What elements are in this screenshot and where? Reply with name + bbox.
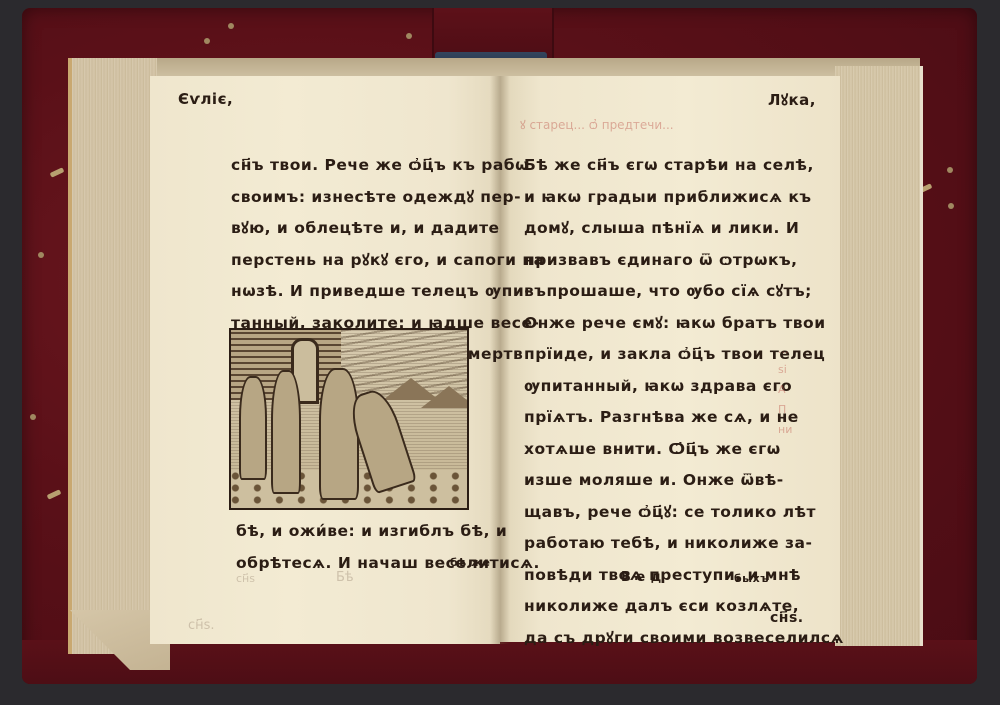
show-through-text: сн҃ѕ: [236, 572, 255, 585]
margin-ghost-line: ...: [778, 340, 792, 360]
left-text-bottom: бѣ, и ожи́ве: и изгиблъ бѣ, и обрѣтесѧ. …: [236, 516, 540, 579]
tack-icon: [947, 167, 953, 173]
text-line: въпрошаше, что ѹбо сїѧ сꙋтъ;: [524, 276, 844, 308]
book-top-edge: [72, 58, 920, 78]
text-line: прїиде, и закла ѻ҆ц҃ъ твои телец: [524, 339, 844, 371]
text-line: хотѧше внити. Ѻ҆ц҃ъ же єгѡ: [524, 434, 844, 466]
show-through-red-text: ꙋ старец... ѻ҆ предтечи...: [520, 116, 674, 133]
text-line: Онже рече ємꙋ: ꙗкѡ братъ твои: [524, 308, 844, 340]
woodcut-prodigal-son: [229, 328, 469, 510]
text-line: домꙋ, слыша пѣнїѧ и лики. И: [524, 213, 844, 245]
text-line: да съ дрꙋги своими возвеселилсѧ: [524, 623, 844, 655]
tack-icon: [38, 252, 44, 258]
text-line: сн҃ъ твои. Рече же ѻ҆ц҃ъ къ рабѡ: [231, 150, 545, 182]
margin-show-through: ... ѕі А П ни: [778, 340, 792, 440]
woodcut-figure: [239, 376, 267, 480]
text-line: прїѧтъ. Разгнѣва же сѧ, и не: [524, 402, 844, 434]
show-through-text: сн҃ѕ.: [188, 618, 215, 633]
right-catchword: быхъ: [734, 572, 769, 585]
text-line: нѡзѣ. И приведше телецъ ѹпи-: [231, 276, 545, 308]
tack-icon: [406, 33, 412, 39]
text-line: вꙋю, и облецѣте и, и дадите: [231, 213, 545, 245]
text-line: своимъ: изнесѣте одеждꙋ пер-: [231, 182, 545, 214]
velvet-spine-cover: [432, 8, 554, 58]
right-text: Бѣ же сн҃ъ єгѡ старѣи на селѣ, и ꙗкѡ гра…: [524, 150, 844, 654]
margin-ghost-line: П: [778, 400, 792, 420]
margin-ghost-line: А: [778, 380, 792, 400]
tack-icon: [228, 23, 234, 29]
left-running-header: Єѵліє,: [178, 90, 233, 108]
text-line: ѹпитанный, ꙗкѡ здрава єго: [524, 371, 844, 403]
tack-icon: [948, 203, 954, 209]
text-line: изше моляше и. Онже ѿвѣ-: [524, 465, 844, 497]
left-fore-edge: [68, 58, 157, 654]
tack-icon: [30, 414, 36, 420]
woodcut-father-figure: [319, 368, 359, 500]
text-line: работаю тебѣ, и николиже за-: [524, 528, 844, 560]
signature-mark: В е д: [621, 570, 662, 585]
left-catchword: бѣ же: [450, 556, 491, 569]
margin-ghost-line: ни: [778, 420, 792, 440]
margin-ghost-line: ѕі: [778, 360, 792, 380]
text-line: и ꙗкѡ градыи приближисѧ къ: [524, 182, 844, 214]
woodcut-figure: [271, 370, 301, 494]
text-line: повѣди твоѧ преступи, и мнѣ: [524, 560, 844, 592]
right-fore-edge: [835, 66, 923, 646]
text-line: Бѣ же сн҃ъ єгѡ старѣи на селѣ,: [524, 150, 844, 182]
text-line: бѣ, и ожи́ве: и изгиблъ бѣ, и: [236, 516, 540, 548]
woodcut-hill: [421, 386, 469, 408]
show-through-text: Бѣ: [336, 570, 354, 585]
text-line: щавъ, рече ѻ҆ц҃ꙋ: се толико лѣт: [524, 497, 844, 529]
folio-number: сн҃ѕ.: [770, 610, 804, 626]
text-line: перстень на рꙋкꙋ єго, и сапоги на: [231, 245, 545, 277]
text-line: обрѣтесѧ. И начаш веселитисѧ.: [236, 548, 540, 580]
right-running-header: Лꙋка,: [768, 90, 816, 110]
tack-icon: [204, 38, 210, 44]
text-line: призвавъ єдинаго ѿ ѻтрѡкъ,: [524, 245, 844, 277]
